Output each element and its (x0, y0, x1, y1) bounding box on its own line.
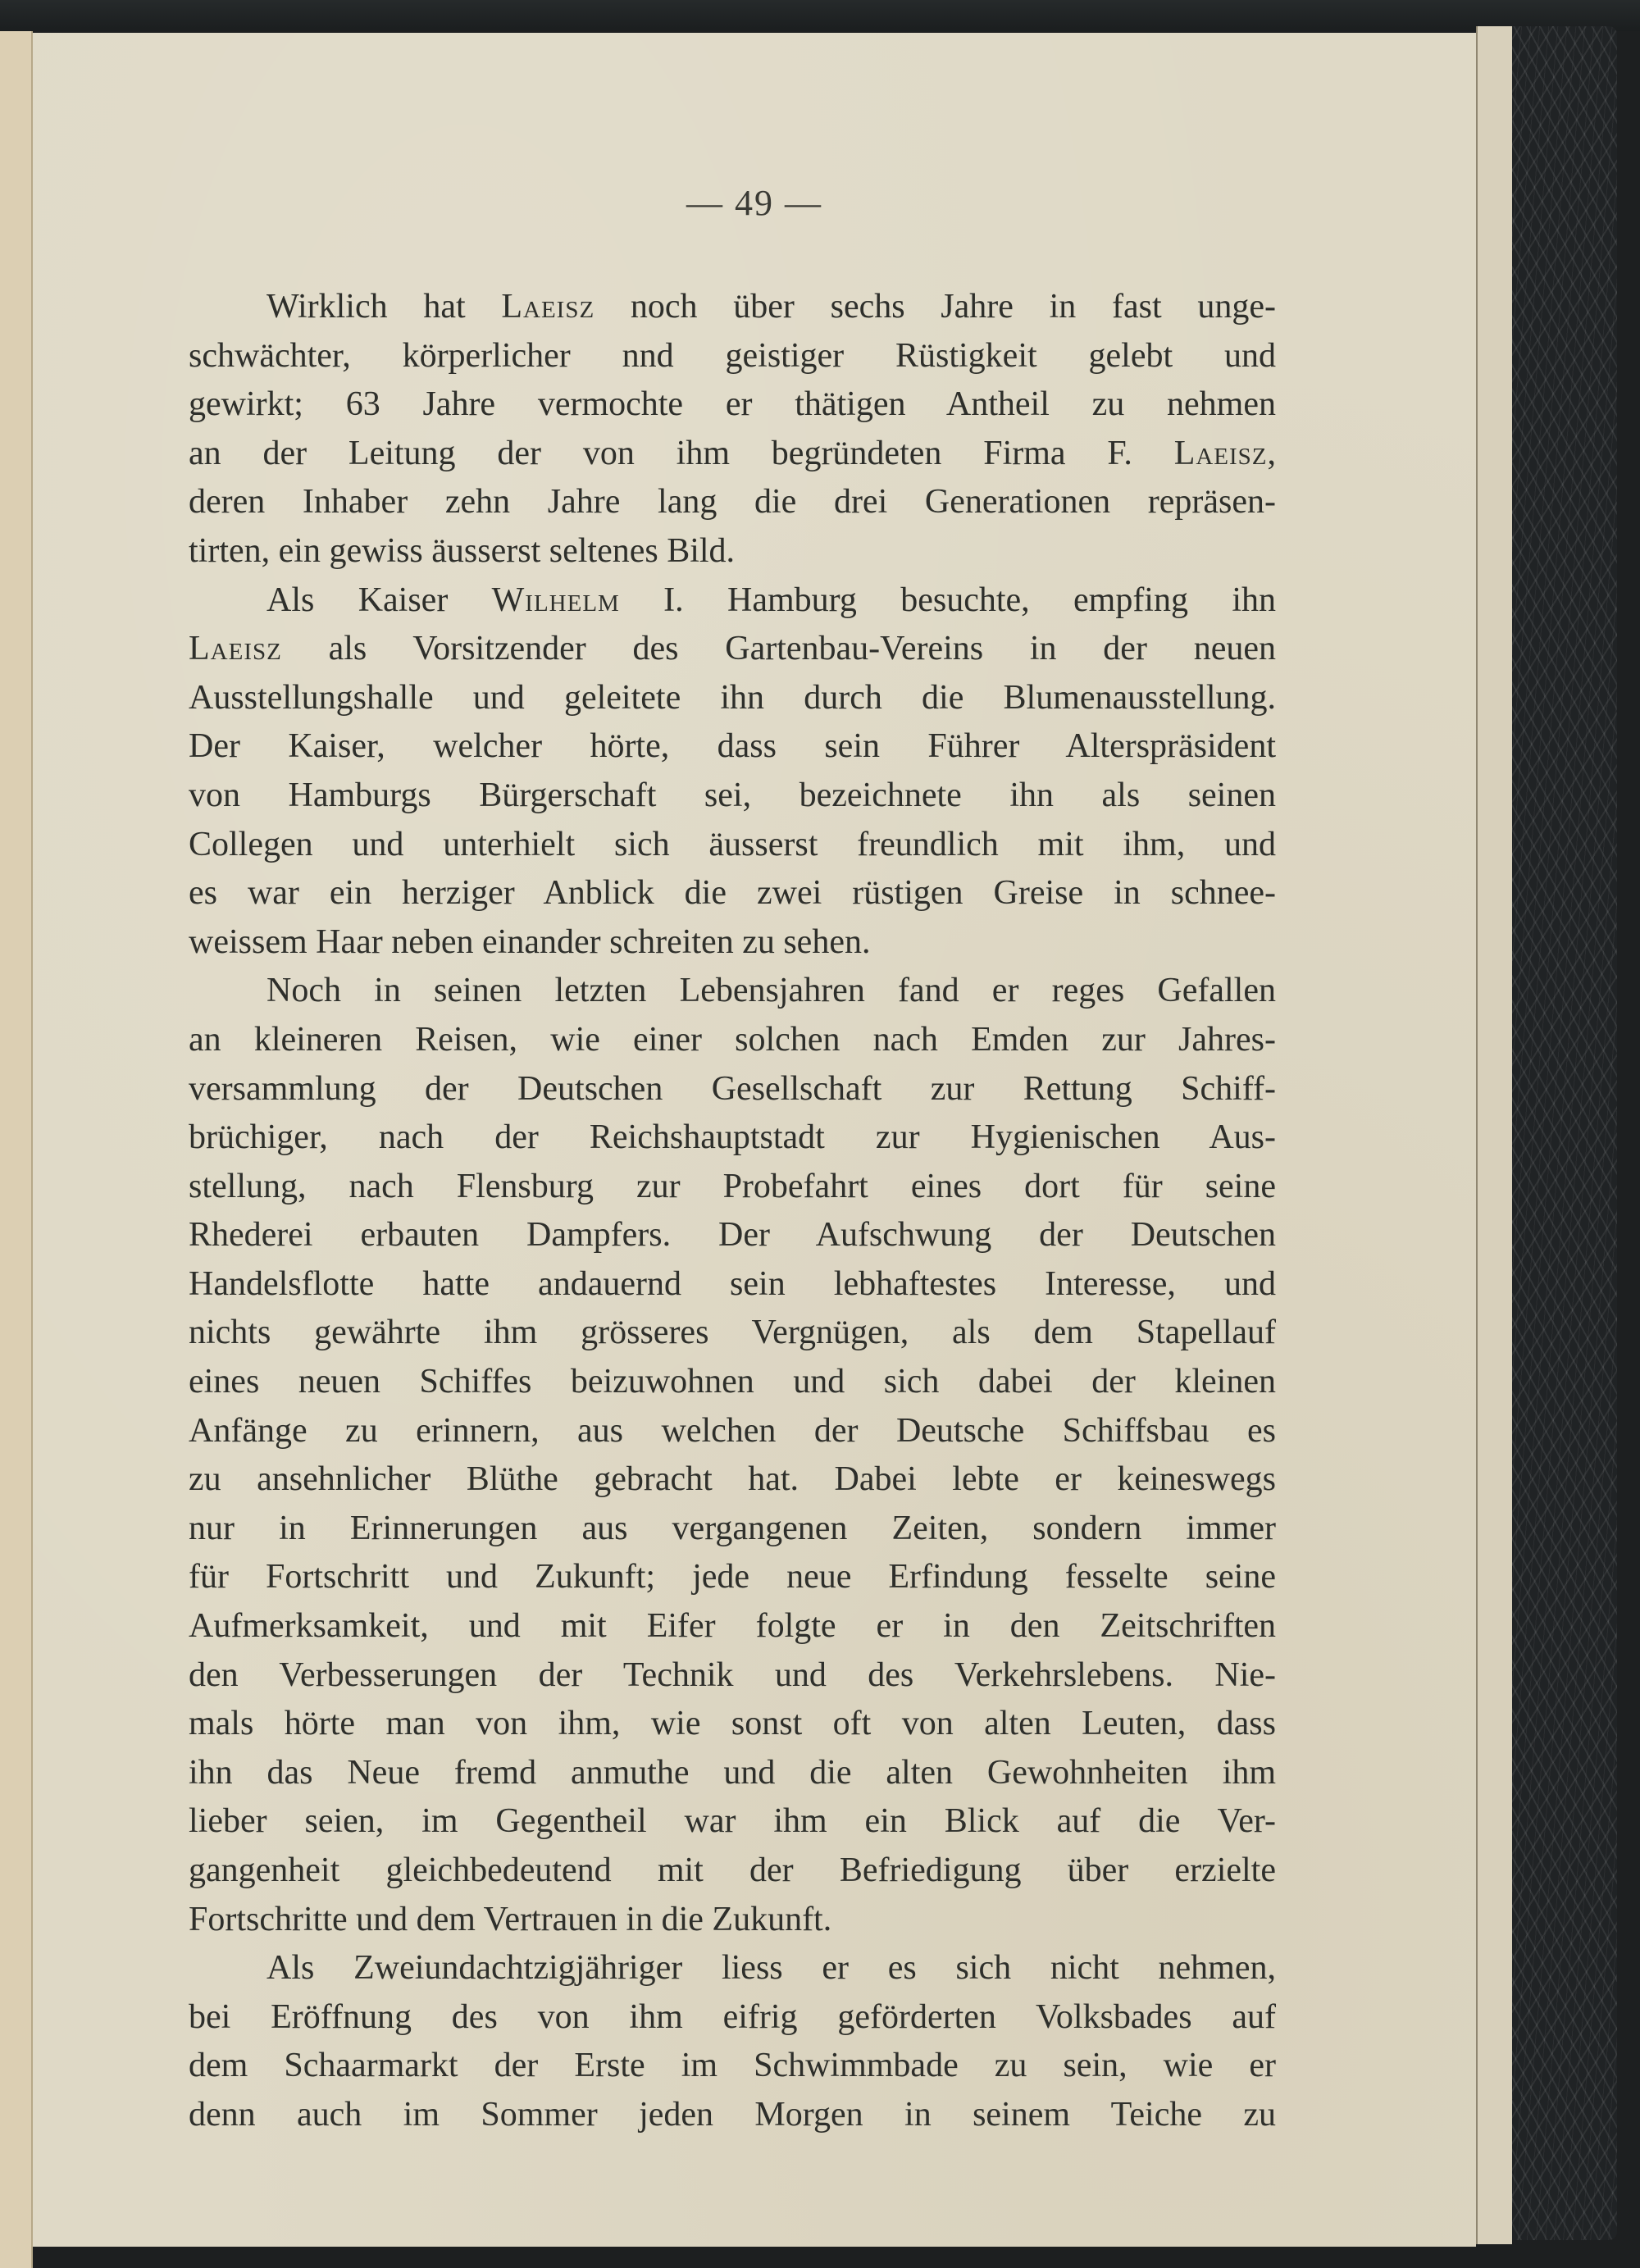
text-segment: Wirklich hat (266, 288, 501, 326)
text-line: Handelsflotte hatte andauernd sein lebha… (189, 1260, 1276, 1309)
text-line: Fortschritte und dem Vertrauen in die Zu… (189, 1896, 1276, 1945)
text-line: Als Zweiundachtzigjähriger liess er es s… (189, 1944, 1276, 1993)
small-caps-name: Laeisz (1174, 435, 1268, 472)
text-line: dem Schaarmarkt der Erste im Schwimmbade… (189, 2042, 1276, 2091)
text-segment: noch über sechs Jahre in fast unge- (594, 288, 1276, 326)
text-line: an der Leitung der von ihm begründeten F… (189, 430, 1276, 479)
text-line: den Verbesserungen der Technik und des V… (189, 1651, 1276, 1701)
text-line: Anfänge zu erinnern, aus welchen der Deu… (189, 1407, 1276, 1456)
text-line: lieber seien, im Gegentheil war ihm ein … (189, 1797, 1276, 1847)
text-line: gewirkt; 63 Jahre vermochte er thätigen … (189, 380, 1276, 430)
text-line: stellung, nach Flensburg zur Probefahrt … (189, 1163, 1276, 1212)
text-line: ihn das Neue fremd anmuthe und die alten… (189, 1749, 1276, 1798)
text-line: deren Inhaber zehn Jahre lang die drei G… (189, 478, 1276, 527)
underlying-page-edge (1476, 26, 1512, 2244)
text-line: Ausstellungshalle und geleitete ihn durc… (189, 674, 1276, 723)
leather-book-binding (1494, 26, 1617, 2240)
page-number: — 49 — (33, 182, 1476, 224)
scanner-background-top (0, 0, 1640, 31)
text-line: mals hörte man von ihm, wie sonst oft vo… (189, 1700, 1276, 1749)
text-line: weissem Haar neben einander schreiten zu… (189, 918, 1276, 968)
text-line: Der Kaiser, welcher hörte, dass sein Füh… (189, 722, 1276, 772)
text-segment: Als Kaiser (266, 581, 492, 619)
text-line: Wirklich hat Laeisz noch über sechs Jahr… (189, 283, 1276, 332)
text-line: versammlung der Deutschen Gesellschaft z… (189, 1065, 1276, 1114)
text-line: Collegen und unterhielt sich äusserst fr… (189, 821, 1276, 870)
text-line: nur in Erinnerungen aus vergangenen Zeit… (189, 1505, 1276, 1554)
text-line: zu ansehnlicher Blüthe gebracht hat. Dab… (189, 1455, 1276, 1505)
small-caps-name: Wilhelm (492, 581, 620, 619)
text-segment: als Vorsitzender des Gartenbau-Vereins i… (282, 630, 1276, 667)
text-line: es war ein herziger Anblick die zwei rüs… (189, 869, 1276, 918)
small-caps-name: Laeisz (501, 288, 594, 326)
text-line: bei Eröffnung des von ihm eifrig geförde… (189, 1993, 1276, 2043)
scanned-book-spread: — 49 — Wirklich hat Laeisz noch über sec… (0, 0, 1640, 2268)
text-line: schwächter, körperlicher nnd geistiger R… (189, 332, 1276, 381)
text-line: von Hamburgs Bürgerschaft sei, bezeichne… (189, 772, 1276, 821)
text-line: denn auch im Sommer jeden Morgen in sein… (189, 2091, 1276, 2140)
text-segment: an der Leitung der von ihm begründeten F… (189, 435, 1174, 472)
text-line: für Fortschritt und Zukunft; jede neue E… (189, 1553, 1276, 1602)
small-caps-name: Laeisz (189, 630, 282, 667)
text-line: Als Kaiser Wilhelm I. Hamburg besuchte, … (189, 576, 1276, 626)
text-line: Laeisz als Vorsitzender des Gartenbau-Ve… (189, 625, 1276, 674)
text-line: nichts gewährte ihm grösseres Vergnügen,… (189, 1309, 1276, 1358)
text-line: brüchiger, nach der Reichshauptstadt zur… (189, 1114, 1276, 1163)
text-segment: I. Hamburg besuchte, empfing ihn (620, 581, 1276, 619)
body-text: Wirklich hat Laeisz noch über sechs Jahr… (189, 283, 1276, 2140)
text-line: eines neuen Schiffes beizuwohnen und sic… (189, 1358, 1276, 1407)
text-line: Noch in seinen letzten Lebensjahren fand… (189, 967, 1276, 1016)
book-page: — 49 — Wirklich hat Laeisz noch über sec… (33, 33, 1476, 2247)
text-line: Aufmerksamkeit, und mit Eifer folgte er … (189, 1602, 1276, 1651)
text-line: tirten, ein gewiss äusserst seltenes Bil… (189, 527, 1276, 576)
text-line: an kleineren Reisen, wie einer solchen n… (189, 1016, 1276, 1065)
text-line: gangenheit gleichbedeutend mit der Befri… (189, 1847, 1276, 1896)
text-line: Rhederei erbauten Dampfers. Der Aufschwu… (189, 1211, 1276, 1260)
text-segment: , (1268, 435, 1277, 472)
previous-page-edge (0, 31, 33, 2268)
